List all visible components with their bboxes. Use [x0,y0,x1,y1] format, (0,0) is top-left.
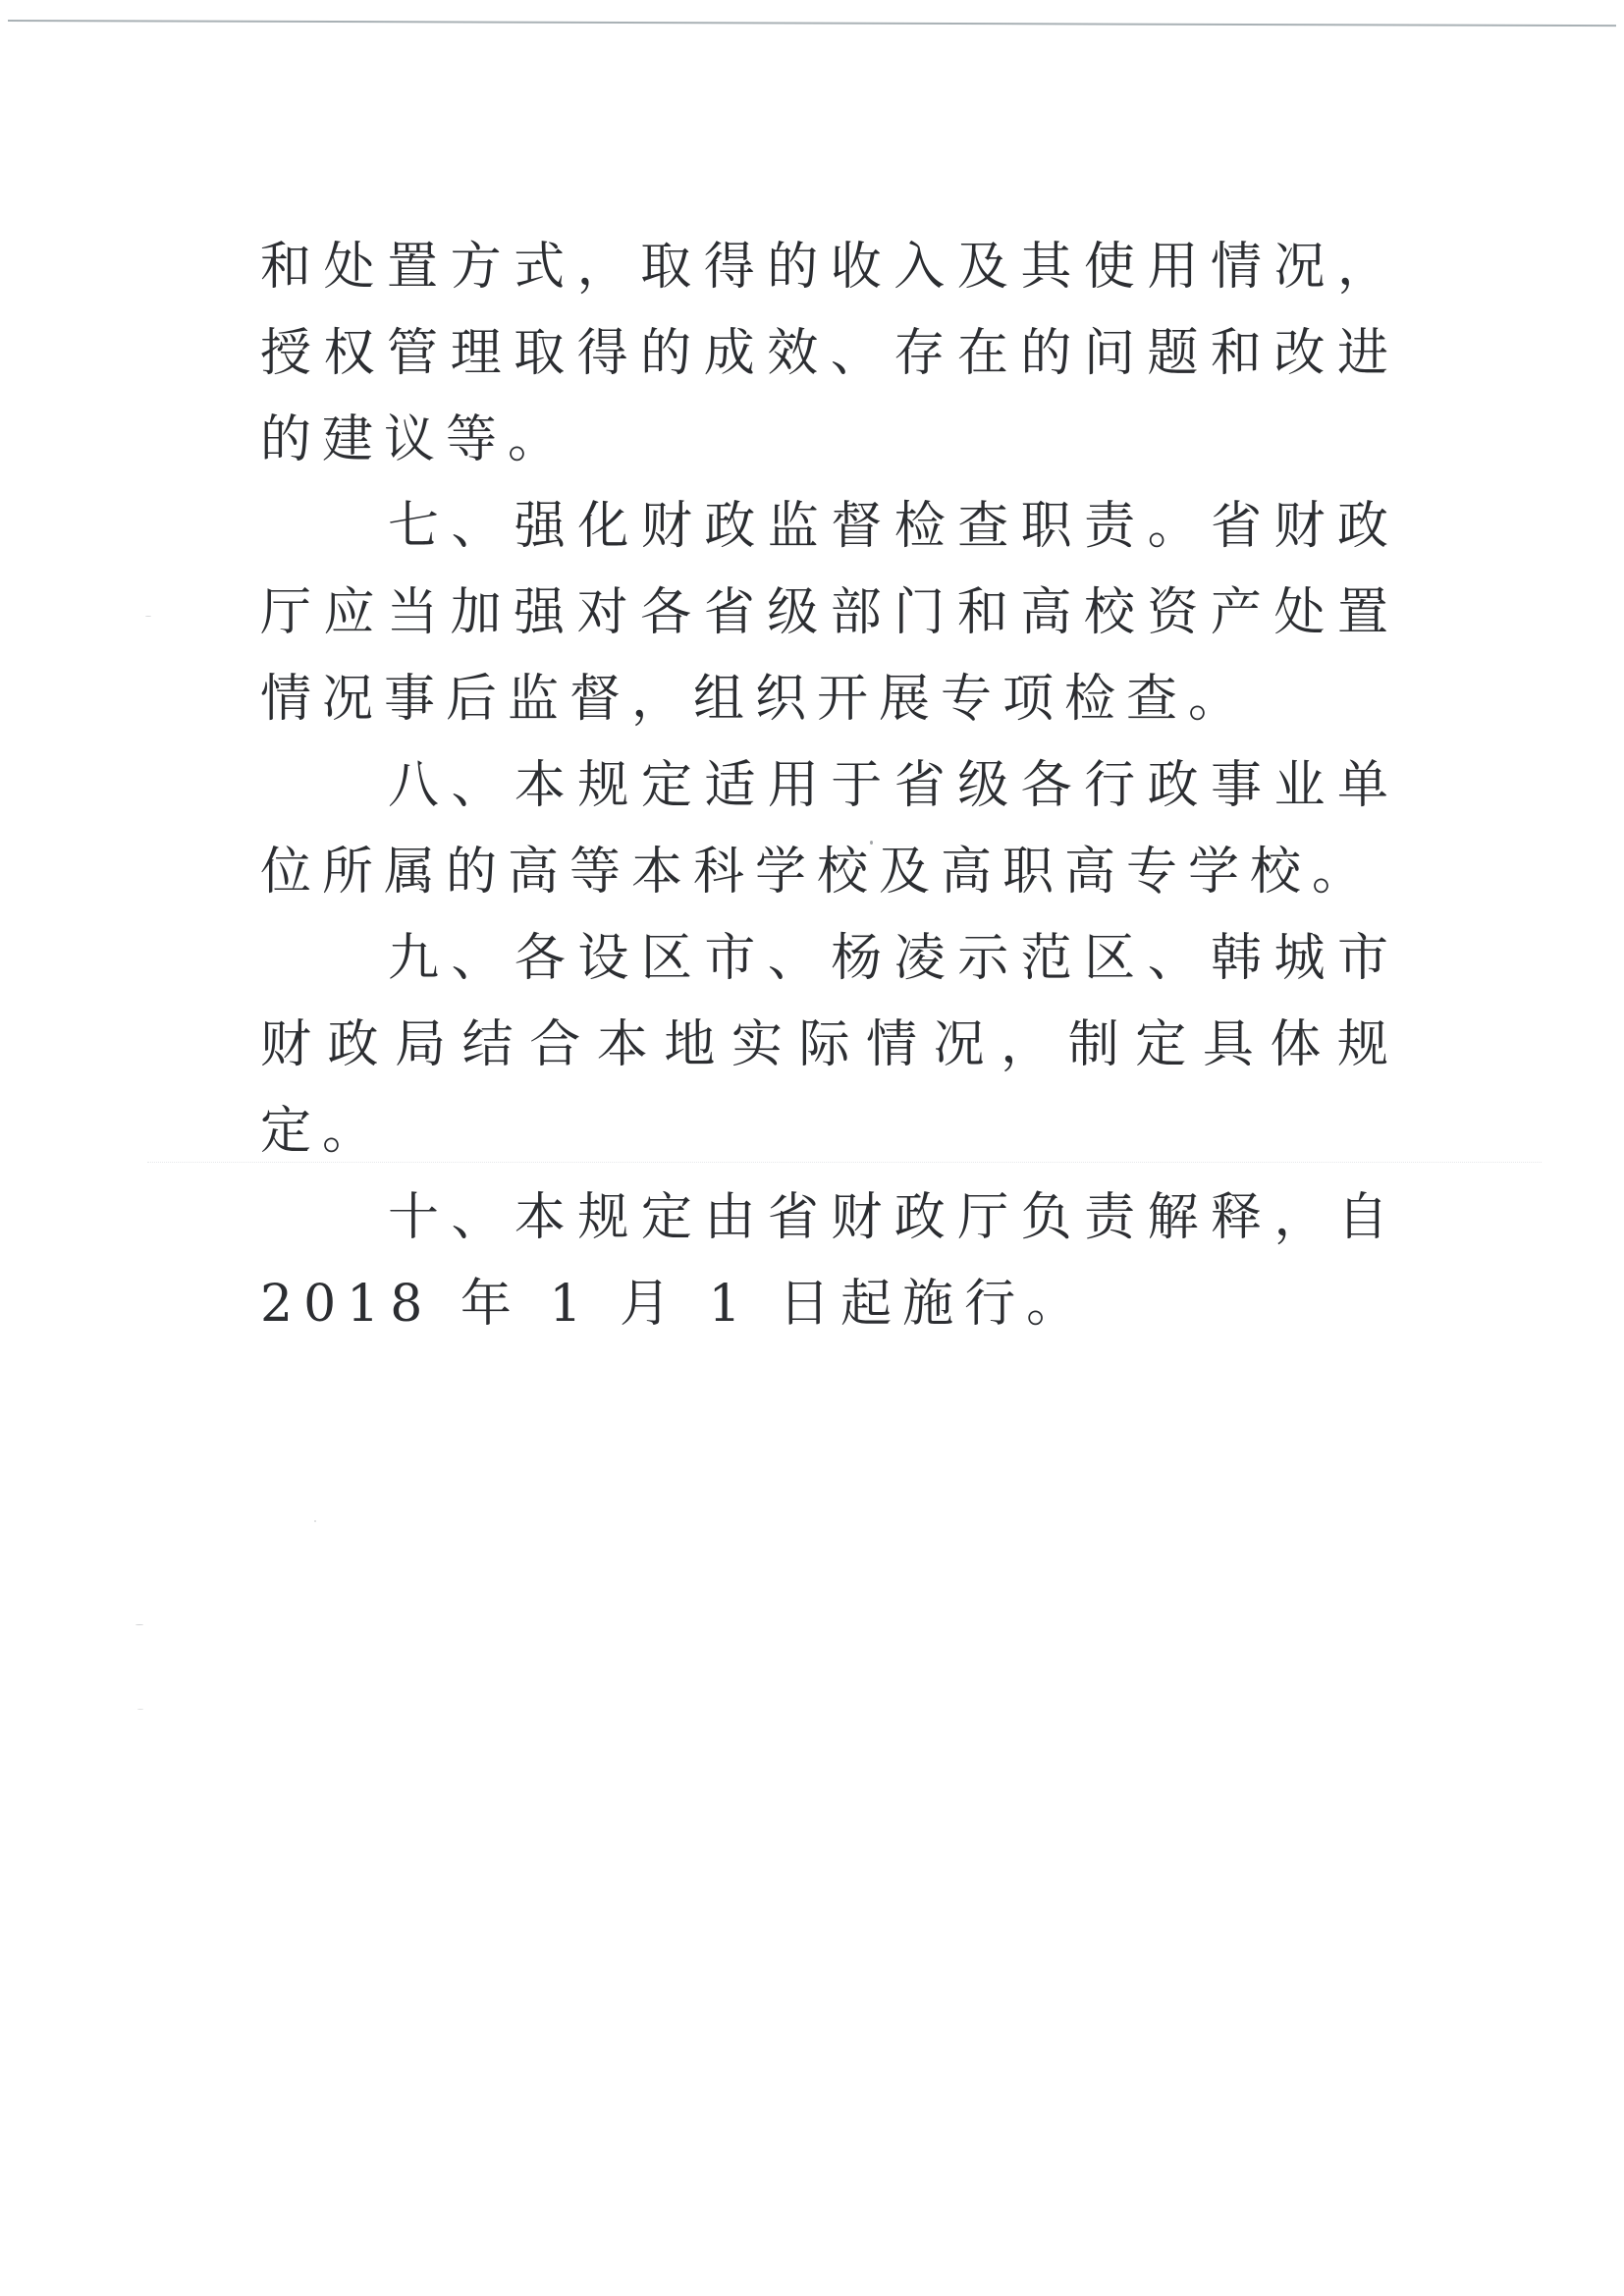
scan-artifact-dot [314,1520,316,1522]
scan-artifact-dot [145,616,151,617]
paragraph-continuation: 和处置方式，取得的收入及其使用情况，授权管理取得的成效、存在的问题和改进的建议等… [260,224,1399,483]
paragraph-item-9: 九、各设区市、杨凌示范区、韩城市财政局结合本地实际情况，制定具体规定。 [260,915,1399,1175]
scan-artifact-dot [137,1709,143,1710]
scan-artifact-dot [135,1624,143,1625]
paragraph-item-7: 七、强化财政监督检查职责。省财政厅应当加强对各省级部门和高校资产处置情况事后监督… [260,483,1399,742]
paragraph-item-10: 十、本规定由省财政厅负责解释，自 2018 年 1 月 1 日起施行。 [260,1175,1399,1347]
document-body: 和处置方式，取得的收入及其使用情况，授权管理取得的成效、存在的问题和改进的建议等… [260,224,1399,1347]
scanned-page: 和处置方式，取得的收入及其使用情况，授权管理取得的成效、存在的问题和改进的建议等… [0,0,1624,2296]
scan-artifact-line [147,1162,1542,1163]
top-border-line [8,20,1616,27]
scan-artifact-dot [870,841,873,845]
paragraph-item-8: 八、本规定适用于省级各行政事业单位所属的高等本科学校及高职高专学校。 [260,742,1399,915]
